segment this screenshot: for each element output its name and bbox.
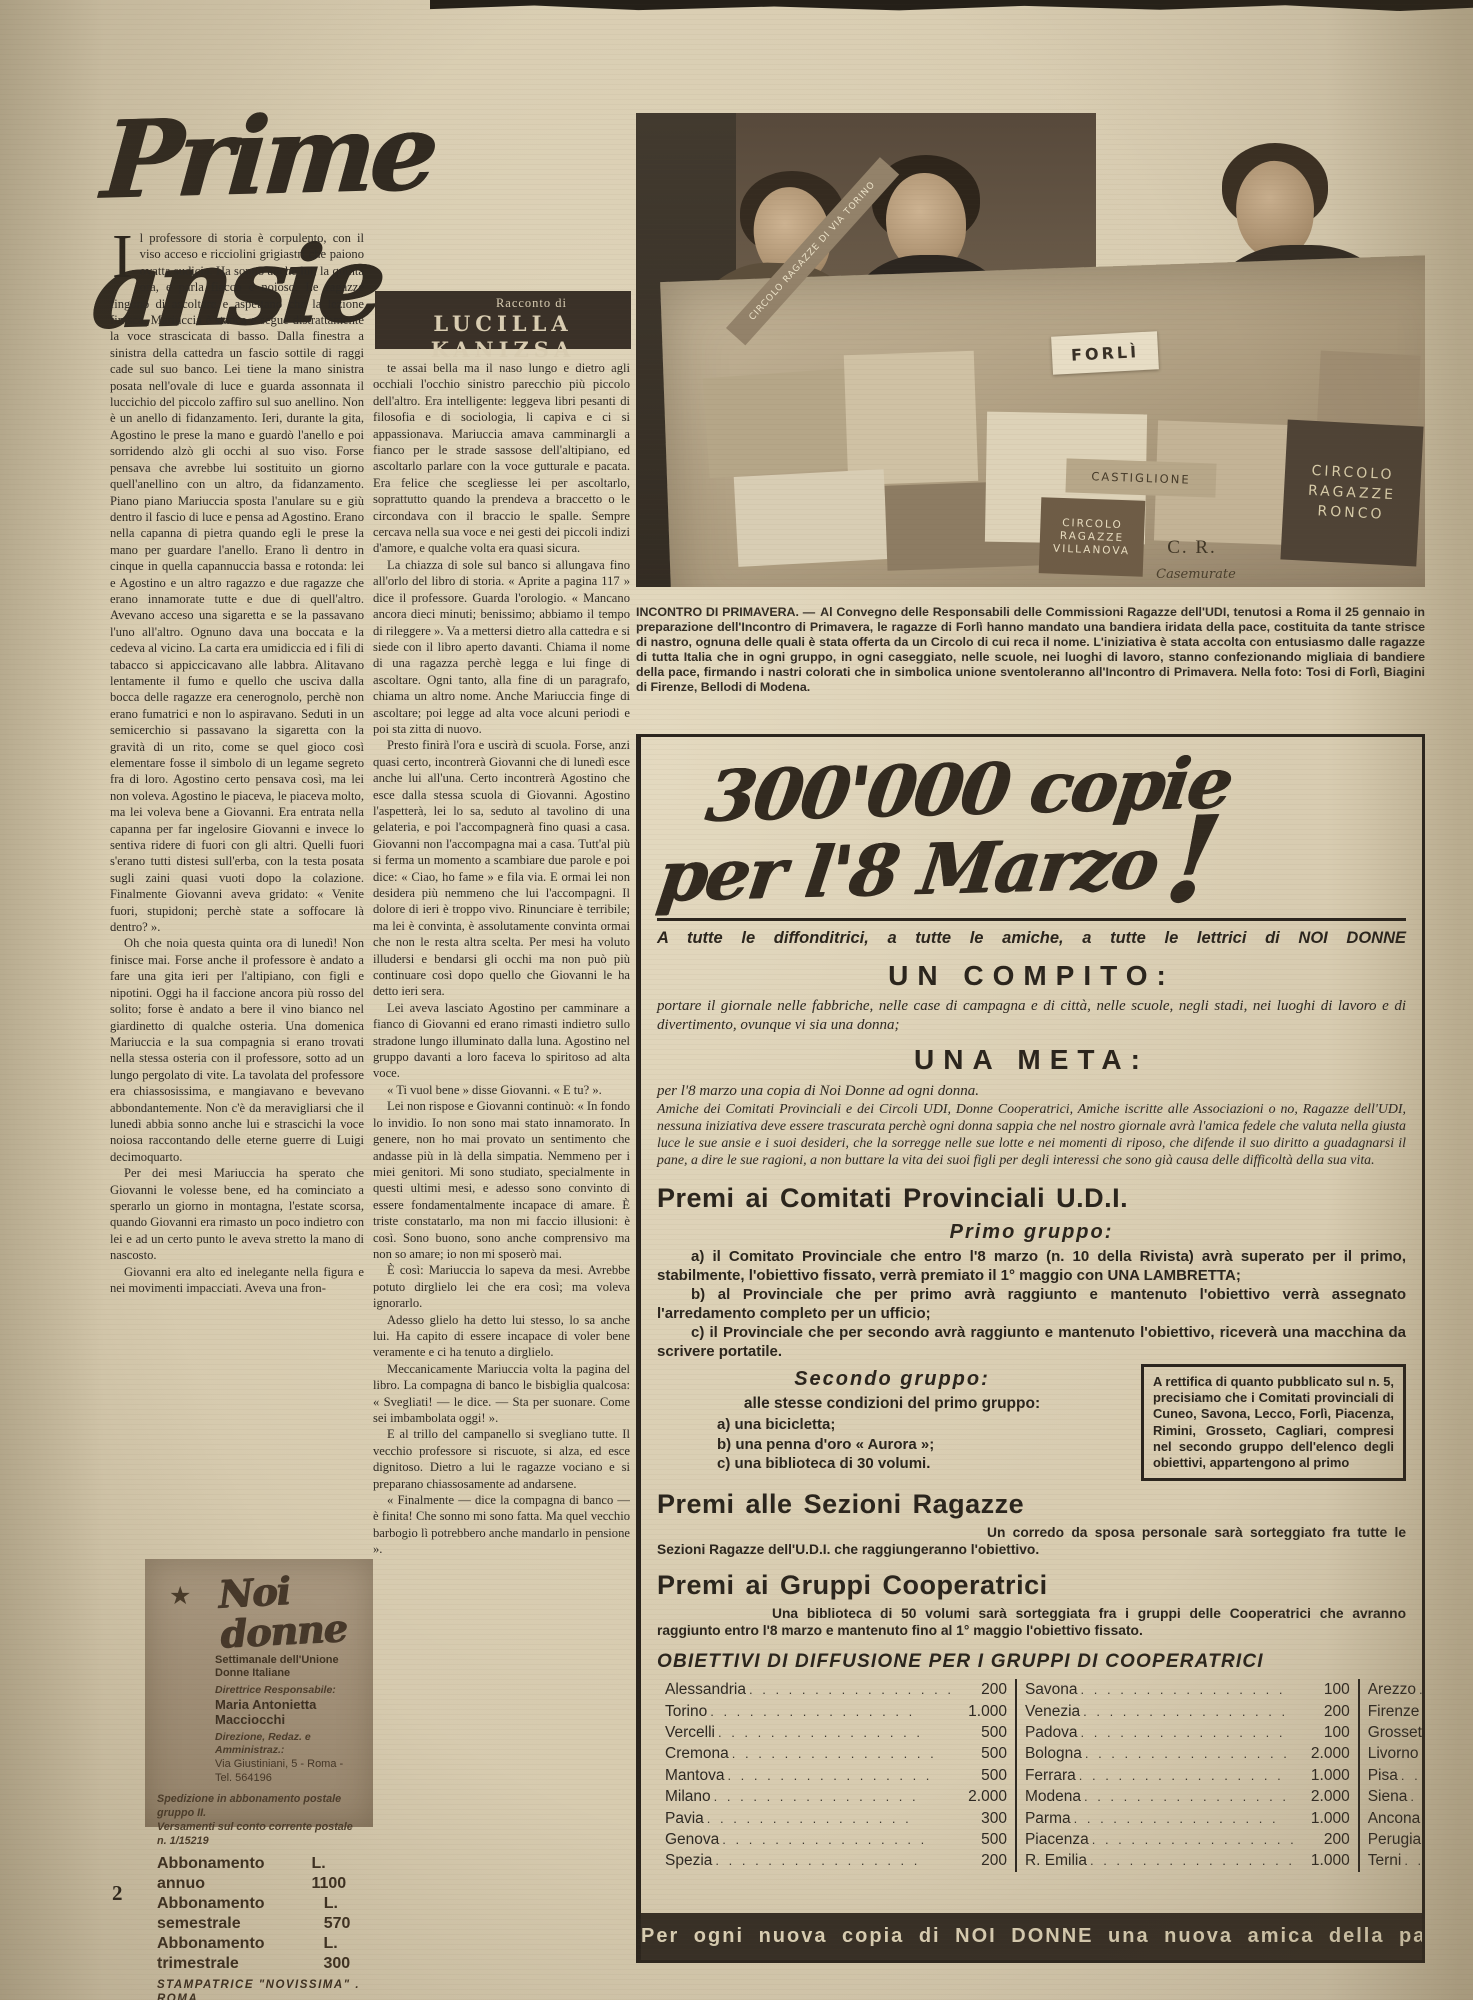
item-text: una bicicletta; xyxy=(735,1416,836,1433)
byline-author: LUCILLA KANIZSA xyxy=(375,311,631,363)
dot-leader xyxy=(722,1829,954,1850)
byline-box: Racconto di LUCILLA KANIZSA xyxy=(375,291,631,349)
city-name: Mantova xyxy=(665,1765,724,1786)
city-target: 500 xyxy=(957,1765,1007,1786)
director-name: Maria Antonietta Macciocchi xyxy=(215,1697,361,1727)
table-row: Parma1.000 xyxy=(1025,1808,1350,1829)
banner-patch-castiglione: CASTIGLIONE xyxy=(1065,458,1216,497)
cr-label: C. R. xyxy=(1167,537,1217,559)
city-name: Livorno xyxy=(1368,1743,1419,1764)
subscription-row: Abbonamento trimestraleL. 300 xyxy=(157,1934,361,1974)
subscription-label: Abbonamento annuo xyxy=(157,1854,305,1894)
table-row: Torino1.000 xyxy=(665,1701,1007,1722)
city-name: Arezzo xyxy=(1368,1679,1416,1700)
city-target: 2.000 xyxy=(1300,1743,1350,1764)
item-text: il Comitato Provinciale che entro l'8 ma… xyxy=(657,1248,1406,1284)
city-name: Venezia xyxy=(1025,1701,1080,1722)
table-row: Terni100 xyxy=(1368,1850,1425,1871)
city-name: Firenze xyxy=(1368,1701,1420,1722)
city-target: 500 xyxy=(957,1743,1007,1764)
forli-label: FORLÌ xyxy=(1071,342,1140,365)
meta-text: Amiche dei Comitati Provinciali e dei Ci… xyxy=(657,1101,1406,1169)
dot-leader xyxy=(1419,1679,1425,1700)
subscription-label: Abbonamento semestrale xyxy=(157,1894,318,1934)
table-row: Cremona500 xyxy=(665,1743,1007,1764)
story-column-1-paragraphs: Oh che noia questa quinta ora di lunedì!… xyxy=(110,935,364,1296)
premio-item: c) il Provinciale che per secondo avrà r… xyxy=(657,1324,1406,1361)
city-name: Alessandria xyxy=(665,1679,746,1700)
dot-leader xyxy=(1081,1679,1297,1700)
table-row: Venezia200 xyxy=(1025,1701,1350,1722)
castiglione-label: CASTIGLIONE xyxy=(1091,469,1191,486)
table-row: Pisa700 xyxy=(1368,1765,1425,1786)
banner-patch-ronco: CIRCOLO RAGAZZE RONCO xyxy=(1280,420,1423,567)
dot-leader xyxy=(1081,1722,1297,1743)
city-name: Pisa xyxy=(1368,1765,1398,1786)
banner-patch-cr: C. R. xyxy=(1152,533,1232,563)
drop-cap: I xyxy=(110,230,140,281)
banner-patch-forli: FORLÌ xyxy=(1051,331,1159,374)
dot-leader xyxy=(1401,1765,1425,1786)
city-target: 300 xyxy=(957,1808,1007,1829)
printer-credit: STAMPATRICE "NOVISSIMA" . ROMA xyxy=(157,1978,361,2000)
city-target: 200 xyxy=(957,1679,1007,1700)
director-label: Direttrice Responsabile: xyxy=(215,1684,361,1697)
table-row: Livorno1.500 xyxy=(1368,1743,1425,1764)
table-row: Modena2.000 xyxy=(1025,1786,1350,1807)
byline-label: Racconto di xyxy=(375,296,631,310)
table-row: Perugia100 xyxy=(1368,1829,1425,1850)
magazine-page: Prime ansie Racconto di LUCILLA KANIZSA … xyxy=(0,0,1473,2000)
city-name: Grosseto xyxy=(1368,1722,1425,1743)
city-name: Torino xyxy=(665,1701,707,1722)
campaign-headline: 300'000 copie per l'8 Marzo! xyxy=(645,737,1418,918)
city-name: Terni xyxy=(1368,1850,1402,1871)
story-column-2: te assai bella ma il naso lungo e dietro… xyxy=(373,360,630,1808)
story-column-1: Il professore di storia è corpulento, co… xyxy=(110,230,364,1538)
dot-leader xyxy=(710,1701,954,1722)
story-paragraph: Lei non rispose e Giovanni continuò: « I… xyxy=(373,1098,630,1262)
secondo-gruppo-row: Secondo gruppo: alle stesse condizioni d… xyxy=(657,1364,1406,1481)
casemurate-label: Casemurate xyxy=(1156,567,1236,582)
item-key: c) xyxy=(717,1455,730,1472)
city-target: 500 xyxy=(957,1829,1007,1850)
rettifica-notice-box: A rettifica di quanto pubblicato sul n. … xyxy=(1141,1364,1406,1481)
city-name: Perugia xyxy=(1368,1829,1421,1850)
campaign-intro: A tutte le diffonditrici, a tutte le ami… xyxy=(657,927,1406,949)
banner-patch-villanova: CIRCOLO RAGAZZE VILLANOVA xyxy=(1039,497,1146,577)
table-row: Alessandria200 xyxy=(665,1679,1007,1700)
dot-leader xyxy=(707,1808,954,1829)
divider-rule xyxy=(657,918,1406,921)
dot-leader xyxy=(1090,1850,1297,1871)
subscription-list: Abbonamento annuoL. 1100Abbonamento seme… xyxy=(157,1854,361,1974)
city-name: Cremona xyxy=(665,1743,729,1764)
secondo-gruppo-items: a) una bicicletta;b) una penna d'oro « A… xyxy=(657,1416,1127,1474)
banner-patch xyxy=(844,351,978,485)
city-target: 1.000 xyxy=(957,1701,1007,1722)
city-name: Pavia xyxy=(665,1808,704,1829)
item-key: b) xyxy=(717,1436,731,1453)
story-lead-text: l professore di storia è corpulento, con… xyxy=(110,231,364,934)
table-row: Bologna2.000 xyxy=(1025,1743,1350,1764)
table-row: Spezia200 xyxy=(665,1850,1007,1871)
story-column-2-paragraphs: te assai bella ma il naso lungo e dietro… xyxy=(373,360,630,1558)
table-column-3: Arezzo300Firenze1.000Grosseto500Livorno1… xyxy=(1358,1679,1425,1872)
compito-heading: UN COMPITO: xyxy=(657,959,1406,993)
city-target: 1.000 xyxy=(1300,1850,1350,1871)
story-title: Prime ansie xyxy=(97,81,653,236)
city-name: Siena xyxy=(1368,1786,1408,1807)
item-text: al Provinciale che per primo avrà raggiu… xyxy=(657,1286,1406,1322)
banner-patch-casemurate: Casemurate xyxy=(1136,563,1256,585)
city-name: Genova xyxy=(665,1829,719,1850)
headline-line-2-text: per l'8 Marzo xyxy=(653,822,1162,918)
story-paragraph: « Finalmente — dice la compagna di banco… xyxy=(373,1492,630,1558)
table-row: Mantova500 xyxy=(665,1765,1007,1786)
subscription-price: L. 570 xyxy=(324,1894,361,1934)
campaign-box: 300'000 copie per l'8 Marzo! A tutte le … xyxy=(636,734,1425,1963)
city-target: 1.000 xyxy=(1300,1808,1350,1829)
premi-gruppi-heading: Premi ai Gruppi Cooperatrici xyxy=(657,1568,1406,1602)
dot-leader xyxy=(1092,1829,1297,1850)
city-name: Padova xyxy=(1025,1722,1078,1743)
premio-item: b) al Provinciale che per primo avrà rag… xyxy=(657,1286,1406,1323)
dot-leader xyxy=(715,1850,954,1871)
city-target: 2.000 xyxy=(1300,1786,1350,1807)
table-row: Firenze1.000 xyxy=(1368,1701,1425,1722)
dot-leader xyxy=(1083,1701,1297,1722)
spring-meeting-photo: CIRCOLO RAGAZZE DI VIA TORINO FORLÌ CAST… xyxy=(636,113,1425,587)
city-name: Modena xyxy=(1025,1786,1081,1807)
premio-item: a) una bicicletta; xyxy=(657,1416,1127,1435)
table-row: Arezzo300 xyxy=(1368,1679,1425,1700)
story-paragraph: Adesso glielo ha detto lui stesso, lo sa… xyxy=(373,1312,630,1361)
dot-leader xyxy=(1410,1786,1425,1807)
meta-lead: per l'8 marzo una copia di Noi Donne ad … xyxy=(657,1081,1406,1101)
table-row: Ferrara1.000 xyxy=(1025,1765,1350,1786)
city-target: 100 xyxy=(1300,1722,1350,1743)
dot-leader xyxy=(732,1743,954,1764)
secondo-gruppo-intro: alle stesse condizioni del primo gruppo: xyxy=(657,1394,1127,1414)
item-text: una biblioteca di 30 volumi. xyxy=(735,1455,931,1472)
story-paragraph: « Ti vuol bene » disse Giovanni. « E tu?… xyxy=(373,1082,630,1098)
story-paragraph: Oh che noia questa quinta ora di lunedì!… xyxy=(110,935,364,1165)
scan-edge-artifact xyxy=(430,0,1473,13)
dot-leader xyxy=(1079,1765,1297,1786)
table-row: Piacenza200 xyxy=(1025,1829,1350,1850)
story-paragraph: È così: Mariuccia lo sapeva da mesi. Avr… xyxy=(373,1262,630,1311)
primo-gruppo-heading: Primo gruppo: xyxy=(657,1219,1406,1245)
story-paragraph: Presto finirà l'ora e uscirà di scuola. … xyxy=(373,737,630,1000)
story-paragraph: te assai bella ma il naso lungo e dietro… xyxy=(373,360,630,557)
story-paragraph: Per dei mesi Mariuccia ha sperato che Gi… xyxy=(110,1165,364,1263)
city-target: 200 xyxy=(957,1850,1007,1871)
dot-leader xyxy=(1084,1786,1297,1807)
dot-leader xyxy=(727,1765,954,1786)
city-target: 1.000 xyxy=(1300,1765,1350,1786)
premi-comitati-heading: Premi ai Comitati Provinciali U.D.I. xyxy=(657,1181,1406,1215)
diffusion-targets-table: Alessandria200Torino1.000Vercelli500Crem… xyxy=(657,1679,1406,1872)
story-paragraph: Giovanni era alto ed inelegante nella fi… xyxy=(110,1264,364,1297)
table-row: Ancona100 xyxy=(1368,1808,1425,1829)
table-row: Pavia300 xyxy=(665,1808,1007,1829)
dot-leader xyxy=(1422,1701,1425,1722)
city-target: 500 xyxy=(957,1722,1007,1743)
banner-patch xyxy=(734,469,889,567)
address-label: Direzione, Redaz. e Amministraz.: xyxy=(215,1731,361,1757)
premi-sezioni-heading: Premi alle Sezioni Ragazze xyxy=(657,1487,1406,1521)
page-number: 2 xyxy=(112,1882,123,1904)
city-name: Savona xyxy=(1025,1679,1078,1700)
city-target: 200 xyxy=(1300,1829,1350,1850)
photo-caption: INCONTRO DI PRIMAVERA. —Al Convegno dell… xyxy=(636,605,1425,743)
dot-leader xyxy=(1085,1743,1297,1764)
table-row: Siena400 xyxy=(1368,1786,1425,1807)
dot-leader xyxy=(1423,1808,1425,1829)
postal-info-1: Spedizione in abbonamento postale gruppo… xyxy=(157,1792,361,1820)
caption-title: INCONTRO DI PRIMAVERA. — xyxy=(636,605,815,619)
premi-gruppi-text: Una biblioteca di 50 volumi sarà sortegg… xyxy=(657,1605,1406,1639)
story-paragraph: La chiazza di sole sul banco si allungav… xyxy=(373,557,630,737)
ronco-label: CIRCOLO RAGAZZE RONCO xyxy=(1287,460,1418,527)
city-name: R. Emilia xyxy=(1025,1850,1087,1871)
table-column-2: Savona100Venezia200Padova100Bologna2.000… xyxy=(1015,1679,1358,1872)
table-column-1: Alessandria200Torino1.000Vercelli500Crem… xyxy=(657,1679,1015,1872)
compito-text: portare il giornale nelle fabbriche, nel… xyxy=(657,997,1406,1035)
dot-leader xyxy=(718,1722,954,1743)
table-row: Genova500 xyxy=(665,1829,1007,1850)
table-row: Grosseto500 xyxy=(1368,1722,1425,1743)
banner-patch xyxy=(703,368,860,478)
subscription-price: L. 300 xyxy=(323,1934,361,1974)
subscription-price: L. 1100 xyxy=(311,1854,361,1894)
city-target: 200 xyxy=(1300,1701,1350,1722)
subscription-label: Abbonamento trimestrale xyxy=(157,1934,317,1974)
item-key: a) xyxy=(717,1416,730,1433)
table-row: Milano2.000 xyxy=(665,1786,1007,1807)
postal-info-2: Versamenti sul conto corrente postale n.… xyxy=(157,1820,361,1848)
city-name: Bologna xyxy=(1025,1743,1082,1764)
villanova-label: CIRCOLO RAGAZZE VILLANOVA xyxy=(1041,516,1142,558)
item-text: il Provinciale che per secondo avrà ragg… xyxy=(657,1324,1406,1360)
item-key: b) xyxy=(691,1286,705,1303)
dot-leader xyxy=(1404,1850,1425,1871)
meta-heading: UNA META: xyxy=(657,1043,1406,1077)
premio-item: b) una penna d'oro « Aurora »; xyxy=(657,1436,1127,1455)
premio-item: a) il Comitato Provinciale che entro l'8… xyxy=(657,1248,1406,1285)
dot-leader xyxy=(1074,1808,1297,1829)
subscription-row: Abbonamento semestraleL. 570 xyxy=(157,1894,361,1934)
city-name: Ferrara xyxy=(1025,1765,1076,1786)
subscription-row: Abbonamento annuoL. 1100 xyxy=(157,1854,361,1894)
masthead-logo: Noi donne xyxy=(217,1567,363,1654)
address: Via Giustiniani, 5 - Roma - Tel. 564196 xyxy=(215,1757,361,1785)
secondo-gruppo-block: Secondo gruppo: alle stesse condizioni d… xyxy=(657,1364,1127,1481)
city-target: 2.000 xyxy=(957,1786,1007,1807)
dot-leader xyxy=(749,1679,954,1700)
item-key: c) xyxy=(691,1324,704,1341)
masthead-box: ★ Noi donne Settimanale dell'Unione Donn… xyxy=(145,1559,373,1827)
dot-leader xyxy=(1424,1829,1425,1850)
city-target: 100 xyxy=(1300,1679,1350,1700)
dot-leader xyxy=(1422,1743,1425,1764)
obiettivi-heading: OBIETTIVI DI DIFFUSIONE PER I GRUPPI DI … xyxy=(657,1649,1406,1675)
item-text: una penna d'oro « Aurora »; xyxy=(735,1436,934,1453)
star-icon: ★ xyxy=(169,1581,191,1611)
masthead-subtitle: Settimanale dell'Unione Donne Italiane xyxy=(215,1654,361,1680)
secondo-gruppo-heading: Secondo gruppo: xyxy=(657,1366,1127,1392)
dot-leader xyxy=(714,1786,954,1807)
city-name: Spezia xyxy=(665,1850,712,1871)
campaign-footer-banner: Per ogni nuova copia di NOI DONNE una nu… xyxy=(641,1913,1422,1960)
table-row: Padova100 xyxy=(1025,1722,1350,1743)
city-name: Milano xyxy=(665,1786,711,1807)
table-row: R. Emilia1.000 xyxy=(1025,1850,1350,1871)
city-name: Parma xyxy=(1025,1808,1071,1829)
story-paragraph: Lei aveva lasciato Agostino per camminar… xyxy=(373,1000,630,1082)
city-name: Vercelli xyxy=(665,1722,715,1743)
city-name: Ancona xyxy=(1368,1808,1421,1829)
table-row: Savona100 xyxy=(1025,1679,1350,1700)
item-key: a) xyxy=(691,1248,704,1265)
premi-sezioni-text: Un corredo da sposa personale sarà sorte… xyxy=(657,1524,1406,1558)
table-row: Vercelli500 xyxy=(665,1722,1007,1743)
story-paragraph: E al trillo del campanello si svegliano … xyxy=(373,1426,630,1492)
primo-gruppo-items: a) il Comitato Provinciale che entro l'8… xyxy=(657,1247,1406,1362)
story-paragraph: Meccanicamente Mariuccia volta la pagina… xyxy=(373,1361,630,1427)
story-paragraph-lead: Il professore di storia è corpulento, co… xyxy=(110,230,364,935)
premio-item: c) una biblioteca di 30 volumi. xyxy=(657,1455,1127,1474)
city-name: Piacenza xyxy=(1025,1829,1089,1850)
